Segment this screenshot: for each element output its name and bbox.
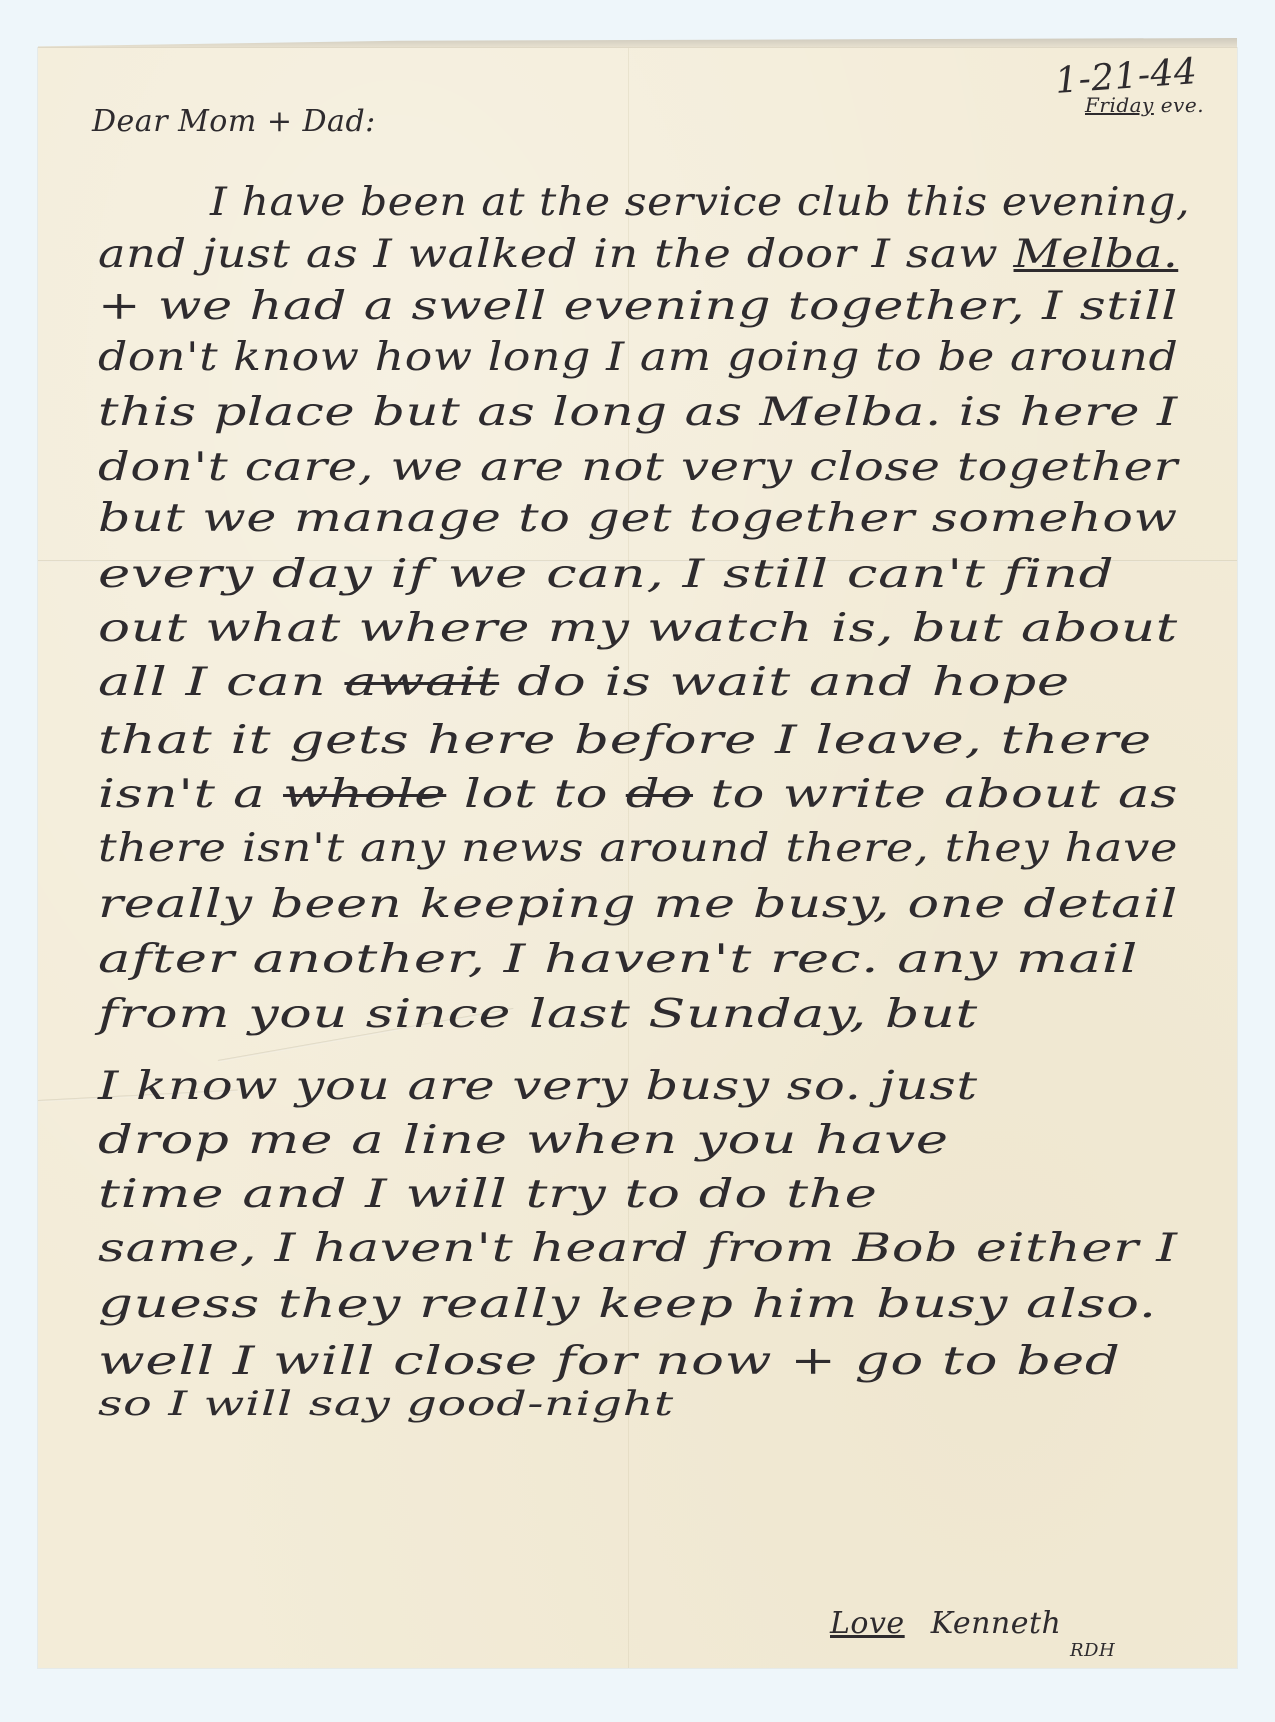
struck-word: whole xyxy=(283,772,446,817)
line-text: well I will close for now + go to bed xyxy=(98,1339,1121,1384)
letter-line: I know you are very busy so. just xyxy=(98,1064,978,1109)
line-text: to write about as xyxy=(693,772,1178,817)
letter-line: and just as I walked in the door I saw M… xyxy=(98,232,1178,277)
letter-line: but we manage to get together somehow xyxy=(98,496,1178,541)
line-text: same, I haven't heard from Bob either I xyxy=(98,1226,1178,1271)
signature: Kenneth xyxy=(931,1606,1062,1641)
line-text: + we had a swell evening together, I sti… xyxy=(98,284,1178,329)
letter-line: after another, I haven't rec. any mail xyxy=(98,937,1138,982)
line-text: don't know how long I am going to be aro… xyxy=(98,335,1178,380)
letter-line: + we had a swell evening together, I sti… xyxy=(98,284,1178,329)
letter-line: well I will close for now + go to bed xyxy=(98,1339,1121,1384)
line-text: but we manage to get together somehow xyxy=(98,496,1178,541)
letter-line: so I will say good-night xyxy=(98,1384,674,1424)
line-text: every day if we can, I still can't find xyxy=(98,552,1114,597)
line-text: really been keeping me busy, one detail xyxy=(98,882,1178,927)
letter-day-name: Friday xyxy=(1085,93,1154,117)
line-text: and just as I walked in the door I saw xyxy=(98,232,1014,277)
letter-day: Friday eve. xyxy=(1085,93,1204,117)
letter-line: that it gets here before I leave, there xyxy=(98,718,1152,763)
letter-line: this place but as long as Melba. is here… xyxy=(98,390,1178,435)
line-text: all I can xyxy=(98,660,344,705)
line-text: out what where my watch is, but about xyxy=(98,606,1178,651)
letter-line: there isn't any news around there, they … xyxy=(98,826,1178,871)
line-text: isn't a xyxy=(98,772,283,817)
letter-line: isn't a whole lot to do to write about a… xyxy=(98,772,1178,817)
letter-line: all I can await do is wait and hope xyxy=(98,660,1070,705)
line-text: guess they really keep him busy also. xyxy=(98,1282,1157,1327)
letter-line: from you since last Sunday, but xyxy=(98,992,978,1037)
line-text: drop me a line when you have xyxy=(98,1118,949,1163)
letter-line: same, I haven't heard from Bob either I xyxy=(98,1226,1178,1271)
line-text: I have been at the service club this eve… xyxy=(210,180,1190,225)
struck-word: await xyxy=(344,660,499,705)
line-text: that it gets here before I leave, there xyxy=(98,718,1152,763)
letter-day-suffix: eve. xyxy=(1161,93,1204,117)
struck-word: do xyxy=(626,772,693,817)
letter-line: guess they really keep him busy also. xyxy=(98,1282,1157,1327)
letter-line: don't care, we are not very close togeth… xyxy=(98,445,1178,490)
letter-line: don't know how long I am going to be aro… xyxy=(98,335,1178,380)
line-text: lot to xyxy=(446,772,625,817)
letter-line: I have been at the service club this eve… xyxy=(210,180,1190,225)
line-text: after another, I haven't rec. any mail xyxy=(98,937,1138,982)
letter-line: out what where my watch is, but about xyxy=(98,606,1178,651)
line-text: this place but as long as Melba. is here… xyxy=(98,390,1178,435)
signature-initials: RDH xyxy=(1070,1640,1115,1661)
line-text: time and I will try to do the xyxy=(98,1172,878,1217)
underlined-word: Melba. xyxy=(1014,232,1179,277)
letter-line: drop me a line when you have xyxy=(98,1118,949,1163)
closing: Love xyxy=(830,1606,905,1641)
line-text: don't care, we are not very close togeth… xyxy=(98,445,1178,490)
line-text: there isn't any news around there, they … xyxy=(98,826,1178,871)
line-text: I know you are very busy so. just xyxy=(98,1064,978,1109)
signoff: Love Kenneth xyxy=(830,1606,1061,1641)
letter-line: every day if we can, I still can't find xyxy=(98,552,1114,597)
letter-line: time and I will try to do the xyxy=(98,1172,878,1217)
line-text: do is wait and hope xyxy=(499,660,1070,705)
letter-line: really been keeping me busy, one detail xyxy=(98,882,1178,927)
line-text: from you since last Sunday, but xyxy=(98,992,978,1037)
line-text: so I will say good-night xyxy=(98,1384,674,1424)
salutation: Dear Mom + Dad: xyxy=(92,104,376,139)
